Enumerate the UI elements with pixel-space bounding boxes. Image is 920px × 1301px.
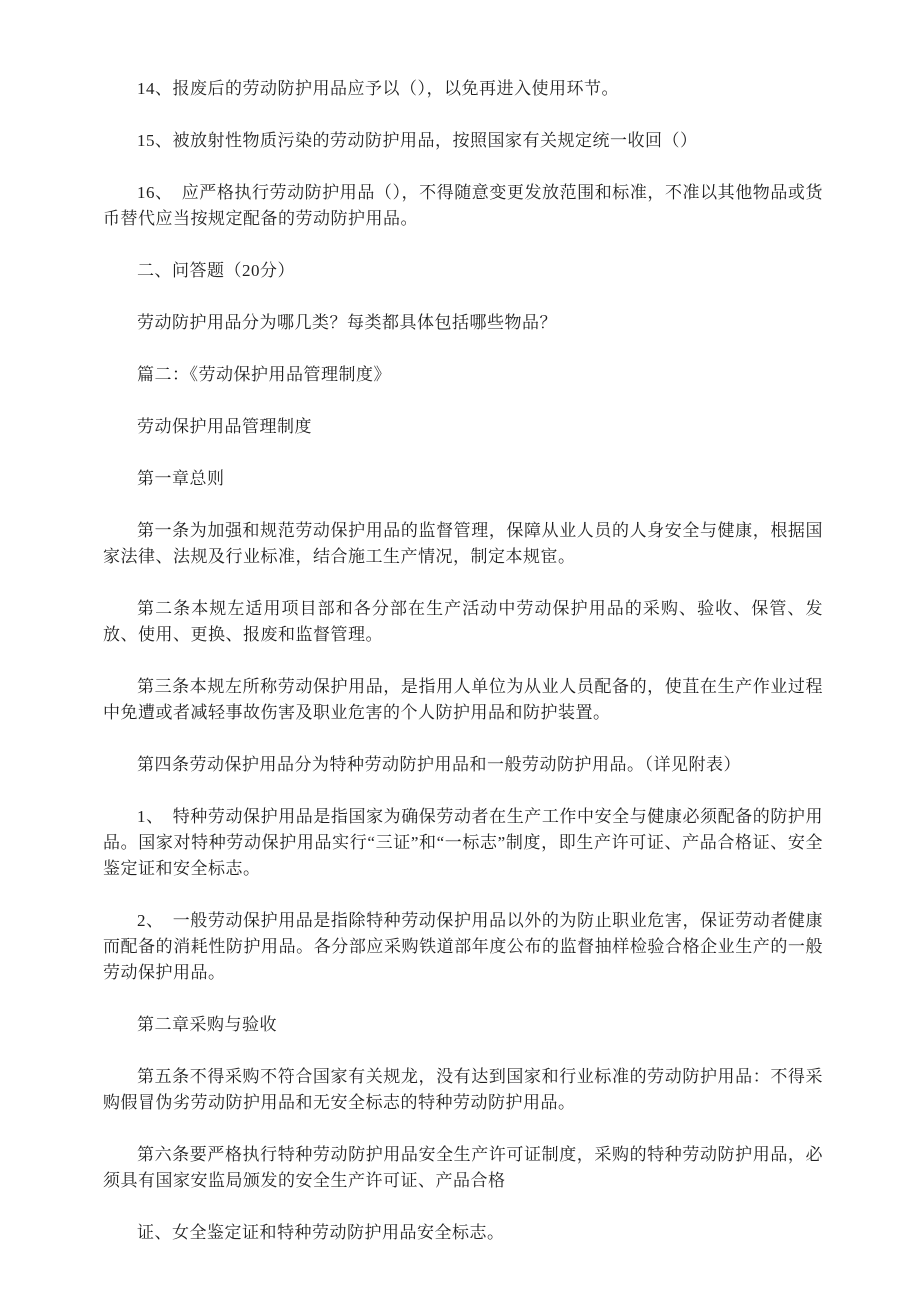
article-4: 第四条劳动保护用品分为特种劳动防护用品和一般劳动防护用品。（详见附表） — [103, 752, 823, 778]
article-4-item-1: 1、 特种劳动保护用品是指国家为确保劳动者在生产工作中安全与健康必须配备的防护用… — [103, 804, 823, 882]
part-two-heading: 篇二：《劳动保护用品管理制度》 — [103, 362, 823, 388]
doc-title: 劳动保护用品管理制度 — [103, 414, 823, 440]
question-14: 14、报废后的劳动防护用品应予以（），以免再进入使用环节。 — [103, 76, 823, 102]
question-16: 16、 应严格执行劳动防护用品（），不得随意变更发放范围和标准，不准以其他物品或… — [103, 180, 823, 232]
article-1: 第一条为加强和规范劳动保护用品的监督管理，保障从业人员的人身安全与健康，根据国家… — [103, 518, 823, 570]
chapter-1-heading: 第一章总则 — [103, 466, 823, 492]
essay-question: 劳动防护用品分为哪几类？每类都具体包括哪些物品？ — [103, 310, 823, 336]
article-3: 第三条本规左所称劳动保护用品，是指用人单位为从业人员配备的，使苴在生产作业过程中… — [103, 674, 823, 726]
article-2: 第二条本规左适用项目部和各分部在生产活动中劳动保护用品的采购、验收、保管、发放、… — [103, 596, 823, 648]
section-heading-essay-questions: 二、问答题（20分） — [103, 258, 823, 284]
article-5: 第五条不得采购不符合国家有关规龙，没有达到国家和行业标准的劳动防护用品：不得采购… — [103, 1064, 823, 1116]
article-6-part-1: 第六条要严格执行特种劳动防护用品安全生产许可证制度，采购的特种劳动防护用品，必须… — [103, 1142, 823, 1194]
document-page: 14、报废后的劳动防护用品应予以（），以免再进入使用环节。 15、被放射性物质污… — [0, 0, 920, 1301]
chapter-2-heading: 第二章采购与验收 — [103, 1012, 823, 1038]
document-body: 14、报废后的劳动防护用品应予以（），以免再进入使用环节。 15、被放射性物质污… — [103, 76, 823, 1246]
article-6-part-2: 证、女全鉴定证和特种劳动防护用品安全标志。 — [103, 1220, 823, 1246]
question-15: 15、被放射性物质污染的劳动防护用品，按照国家有关规定统一收回（） — [103, 128, 823, 154]
article-4-item-2: 2、 一般劳动保护用品是指除特种劳动保护用品以外的为防止职业危害，保证劳动者健康… — [103, 908, 823, 986]
